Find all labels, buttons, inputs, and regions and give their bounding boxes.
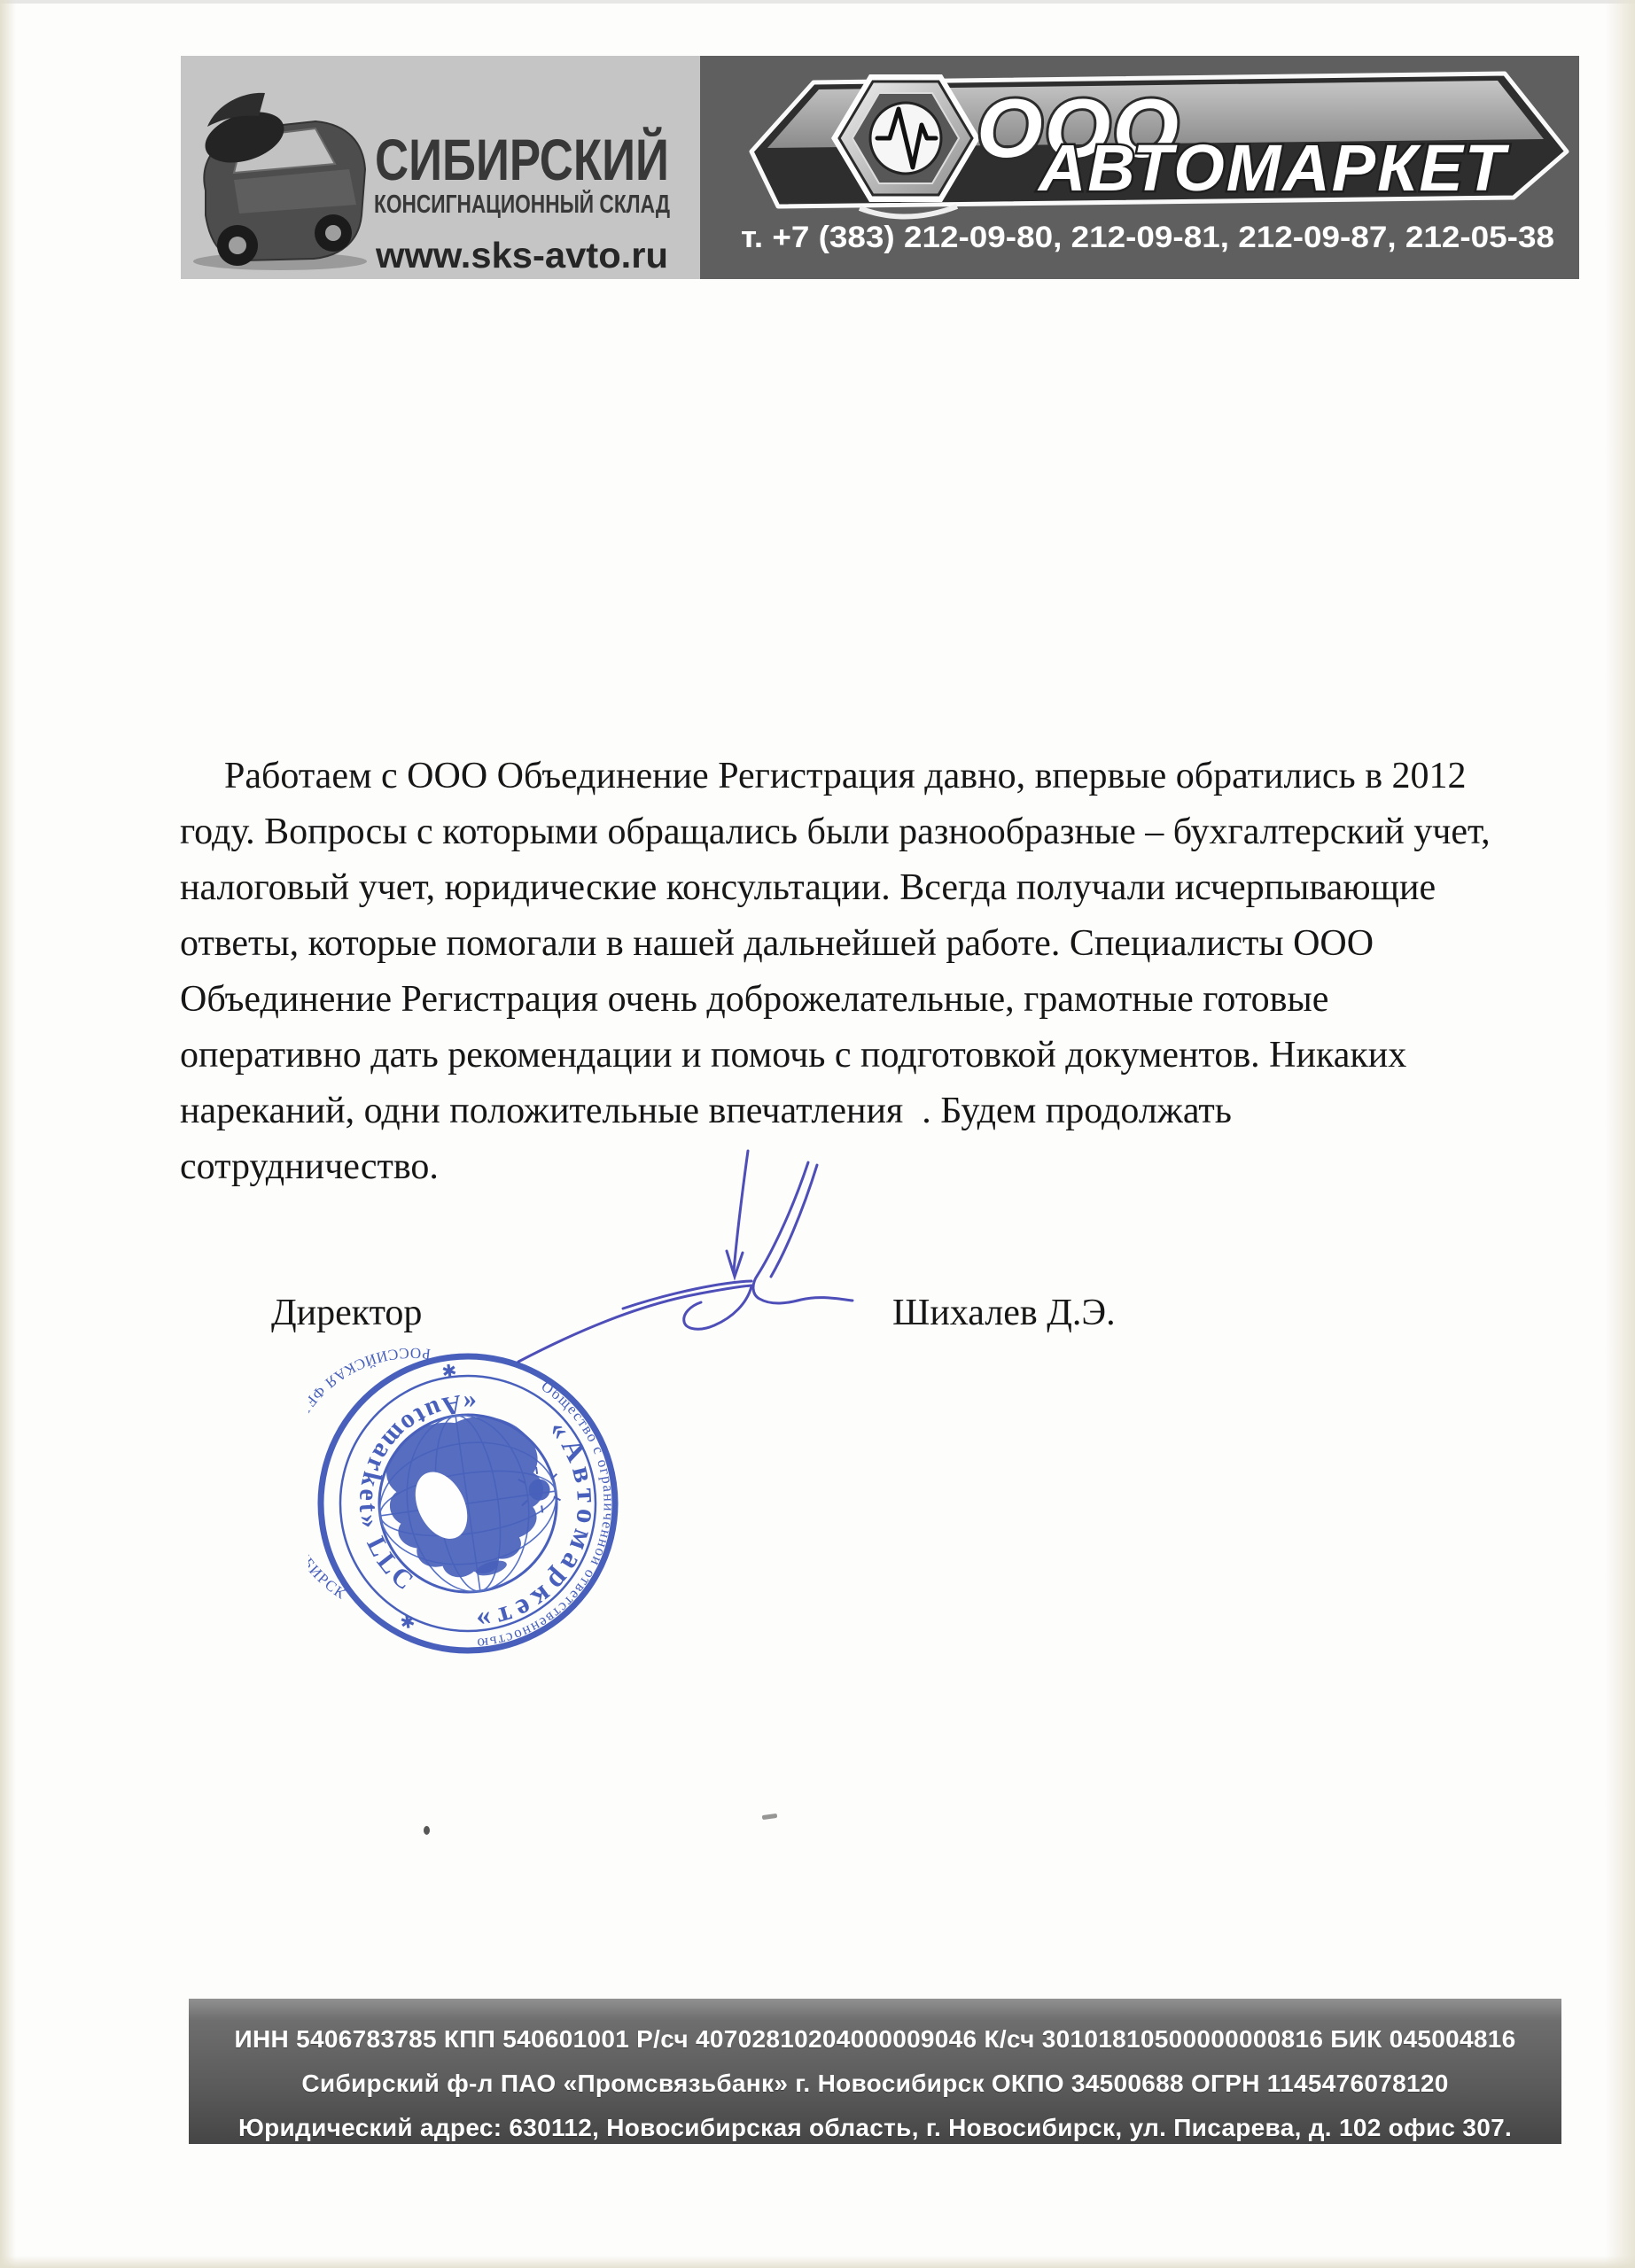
scanned-letter-page: СИБИРСКИЙ КОНСИГНАЦИОННЫЙ СКЛАД www.sks-…	[0, 0, 1635, 2268]
signoff-role: Директор	[271, 1292, 422, 1334]
company-stamp: Общество с ограниченной ответственностью…	[308, 1344, 627, 1663]
letterhead-right-panel: ООО АВТОМАРКЕТ т. +7 (383) 212-09-80, 21…	[700, 56, 1579, 279]
company-subtitle: КОНСИГНАЦИОННЫЙ СКЛАД	[374, 189, 670, 219]
scan-speck-dot	[424, 1826, 430, 1835]
footer-requisites-band: ИНН 5406783785 КПП 540601001 Р/сч 407028…	[189, 1999, 1561, 2144]
scan-speck-dash	[762, 1814, 778, 1820]
scan-edge-left	[0, 0, 16, 2268]
scan-edge-bottom	[0, 2256, 1635, 2268]
footer-bank-name: Сибирский ф-л ПАО «Промсвязьбанк» г. Нов…	[189, 2062, 1561, 2106]
letterhead-right-graphic: ООО АВТОМАРКЕТ т. +7 (383) 212-09-80, 21…	[700, 56, 1579, 279]
scan-edge-right	[1605, 0, 1635, 2268]
stamp-star-bottom: ✱	[399, 1612, 417, 1634]
stamp-star-top: ✱	[440, 1361, 458, 1382]
footer-legal-address: Юридический адрес: 630112, Новосибирская…	[189, 2106, 1561, 2150]
company-website: www.sks-avto.ru	[375, 235, 668, 276]
letterhead-left-graphic: СИБИРСКИЙ КОНСИГНАЦИОННЫЙ СКЛАД www.sks-…	[181, 56, 700, 279]
signoff-name: Шихалев Д.Э.	[892, 1292, 1116, 1334]
scan-edge-top	[0, 0, 1635, 4]
header-phones: т. +7 (383) 212-09-80, 212-09-81, 212-09…	[741, 221, 1554, 254]
brand-text: АВТОМАРКЕТ	[1037, 131, 1510, 205]
company-name: СИБИРСКИЙ	[375, 126, 669, 192]
letterhead-left-panel: СИБИРСКИЙ КОНСИГНАЦИОННЫЙ СКЛАД www.sks-…	[181, 56, 700, 279]
footer-bank-details: ИНН 5406783785 КПП 540601001 Р/сч 407028…	[189, 2017, 1561, 2062]
